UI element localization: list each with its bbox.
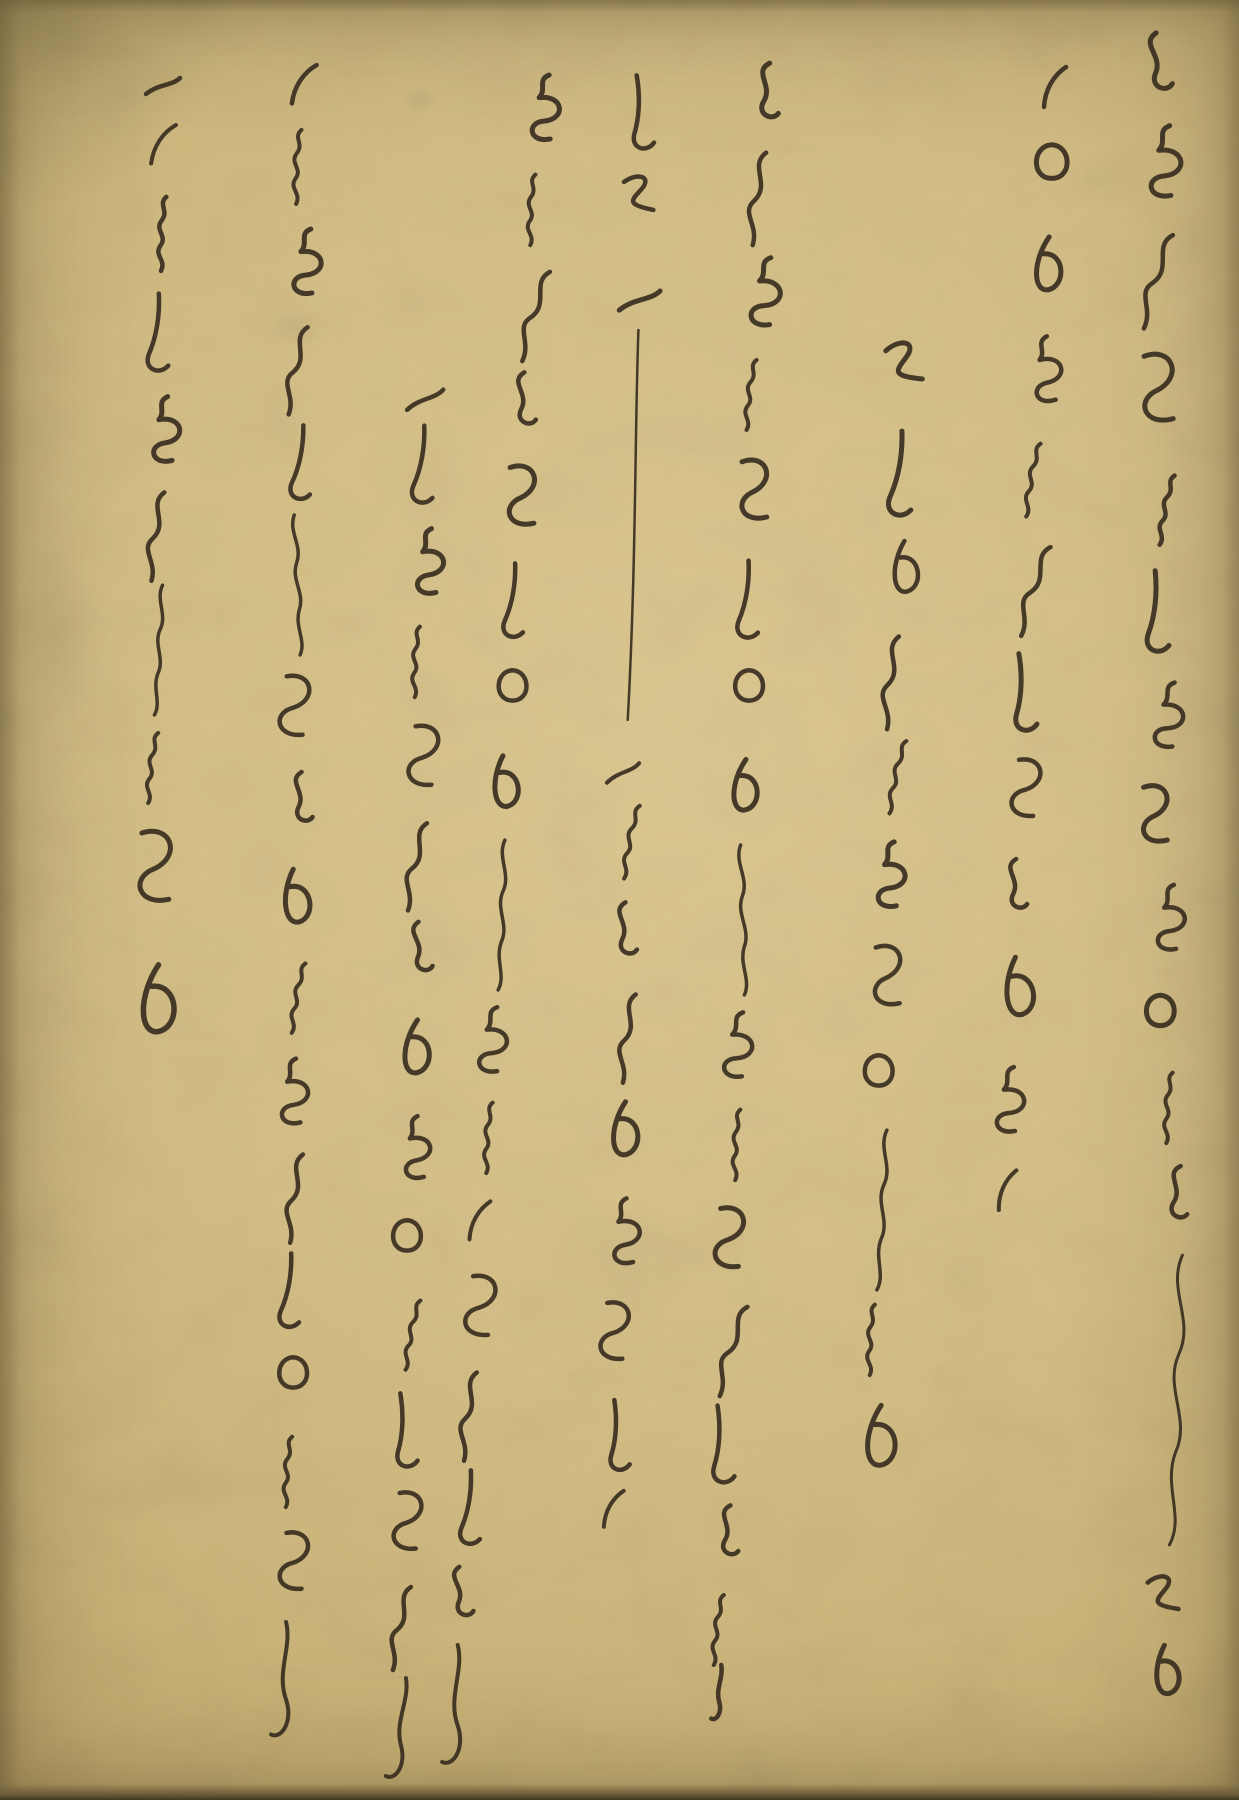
manuscript-svg: [0, 0, 1239, 1800]
paper-grain-texture: [0, 0, 1239, 1800]
manuscript-page: [0, 0, 1239, 1800]
